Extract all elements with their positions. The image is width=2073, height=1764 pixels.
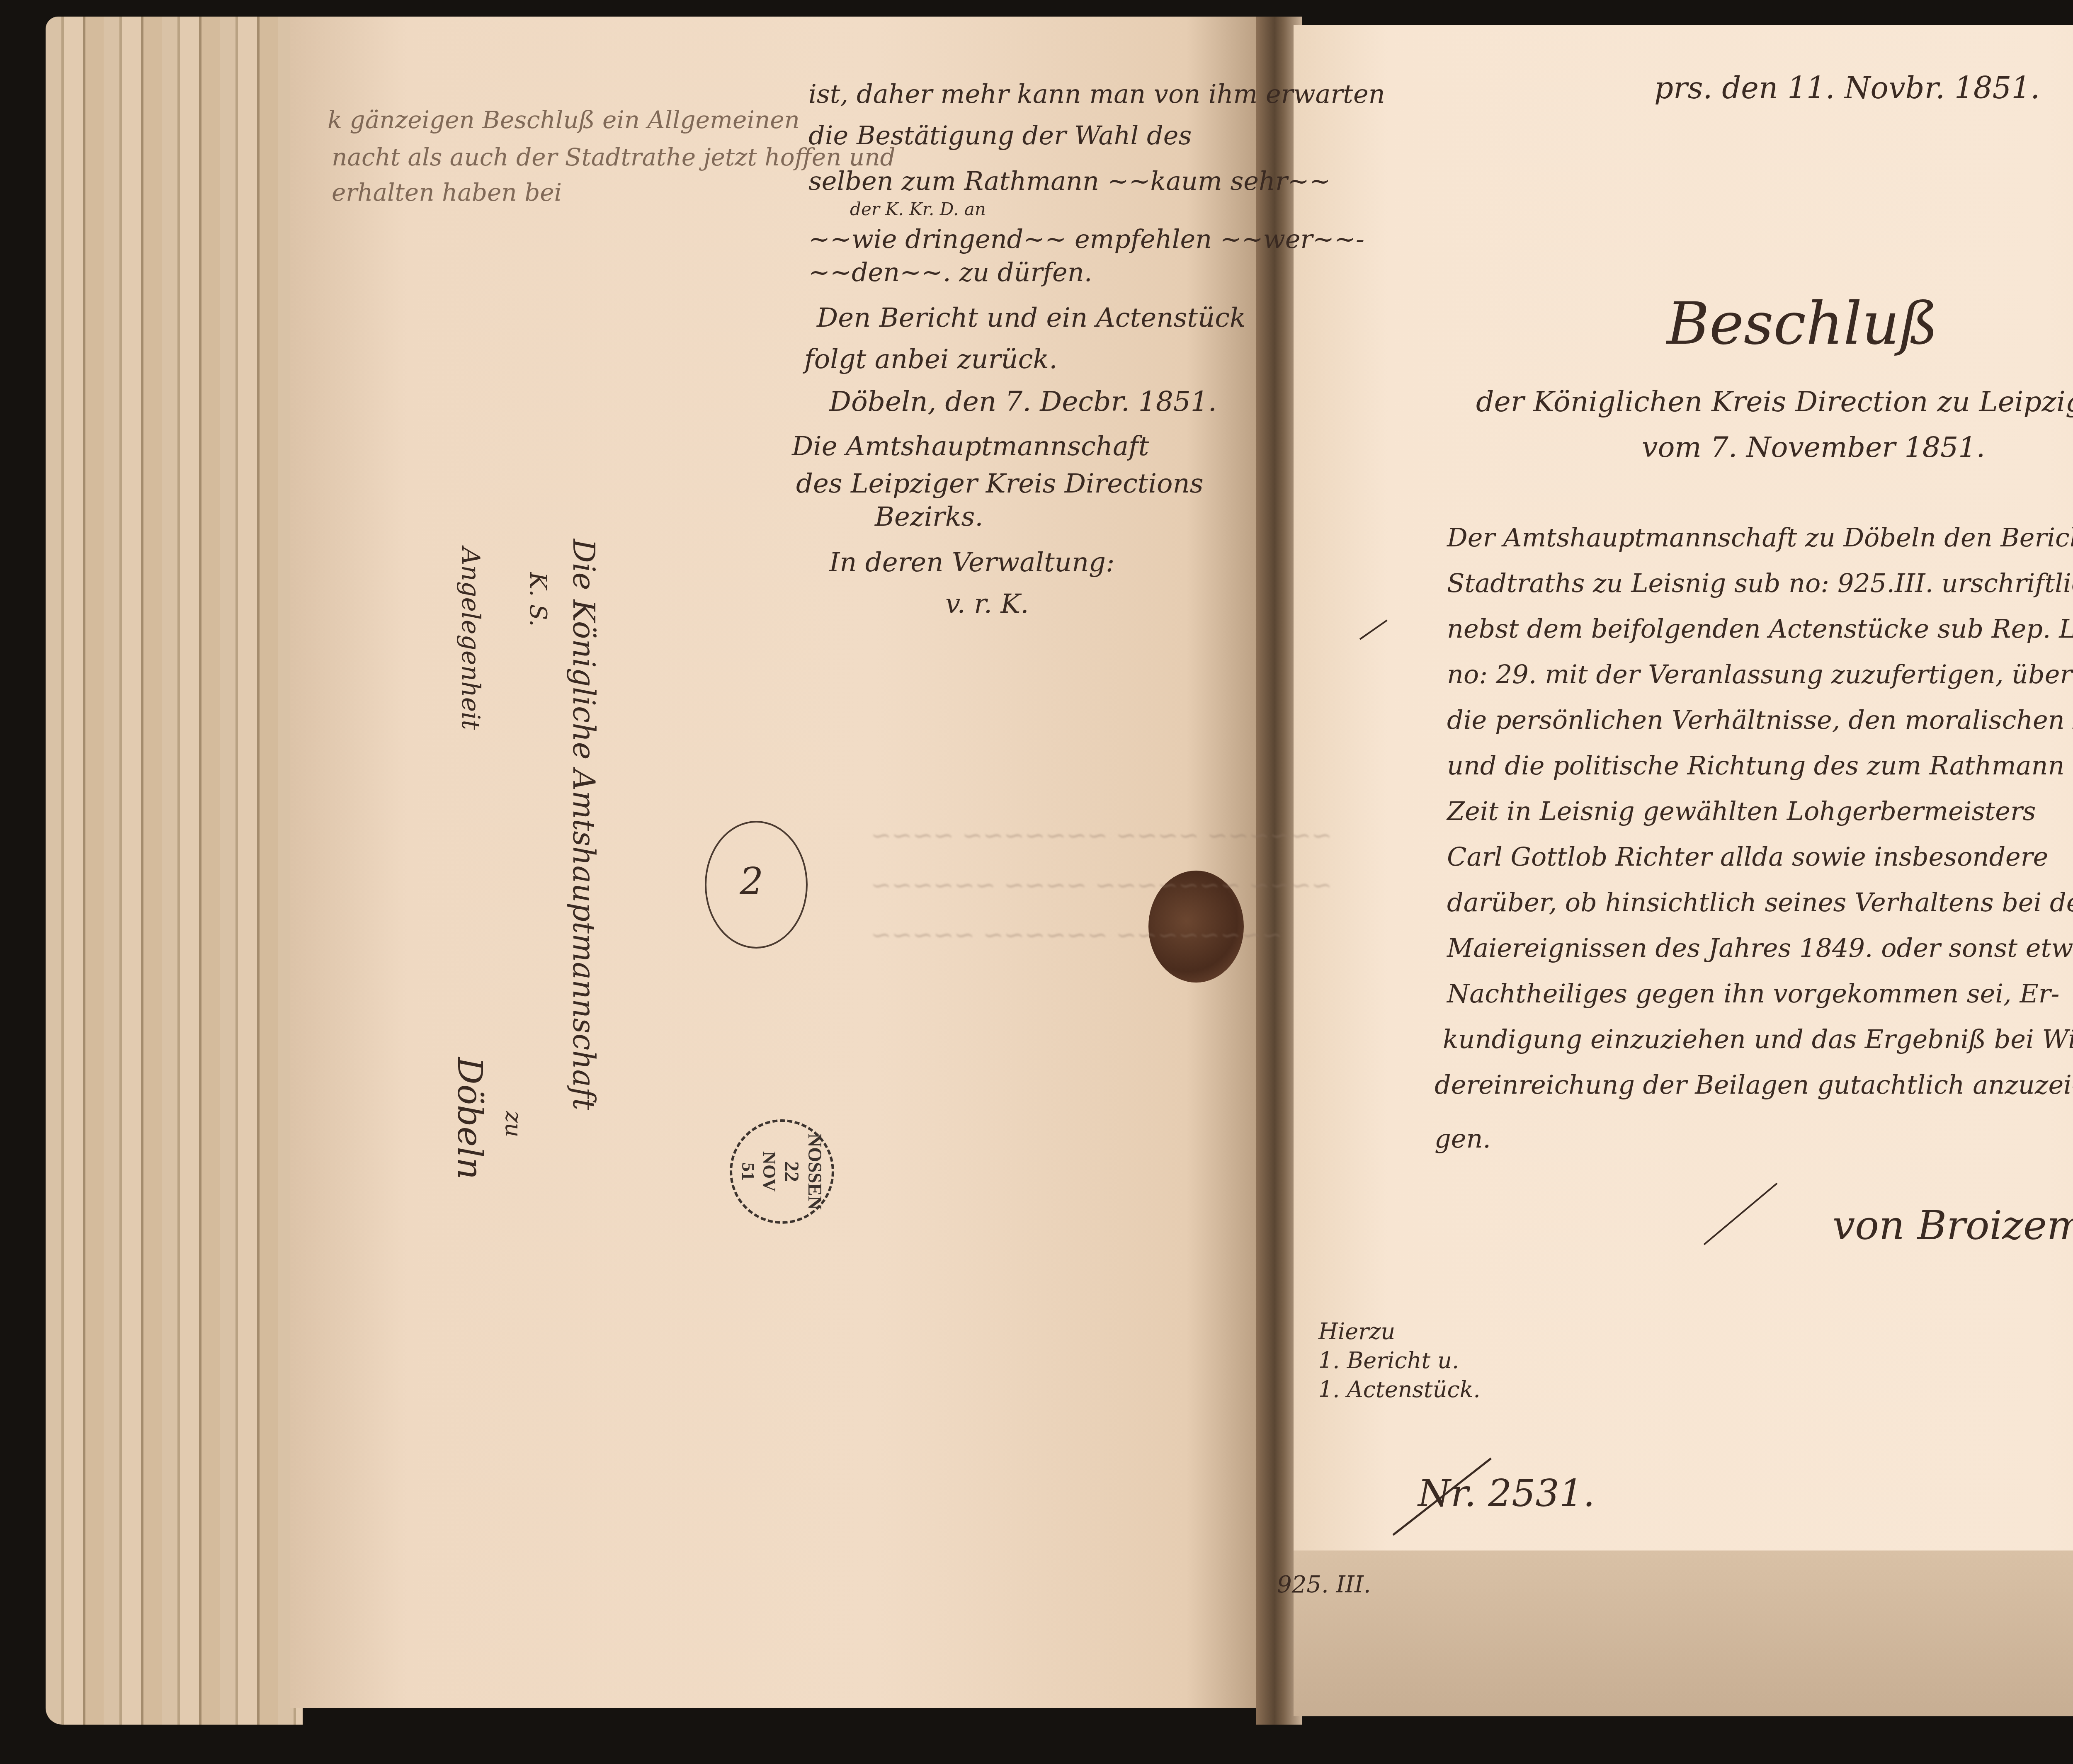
draft-line: ist, daher mehr kann man von ihm erwarte… <box>808 79 1385 109</box>
draft-line: die Bestätigung der Wahl des <box>808 120 1192 150</box>
address-prefix: K. S. <box>524 572 551 627</box>
draft-sender: In deren Verwaltung: <box>829 547 1115 578</box>
draft-signature: v. r. K. <box>945 589 1029 619</box>
margin-file-number: 925. III. <box>1277 1571 1371 1598</box>
right-page <box>1294 25 2073 1550</box>
draft-line: Den Bericht und ein Actenstück <box>817 303 1246 333</box>
body-line: und die politische Richtung des zum Rath… <box>1447 750 2073 781</box>
draft-sender: Die Amtshauptmannschaft <box>792 431 1149 462</box>
enclosure-line: 1. Bericht u. <box>1318 1347 1459 1373</box>
note-line: k gänzeigen Beschluß ein Allgemeinen <box>328 106 800 134</box>
postmark-month: NOV <box>759 1122 780 1221</box>
note-line: erhalten haben bei <box>332 178 562 206</box>
oval-mark-number: 2 <box>740 860 763 903</box>
body-line: Zeit in Leisnig gewählten Lohgerbermeist… <box>1447 796 2036 826</box>
right-underlying-sheet <box>1294 1550 2073 1716</box>
address-subject: Angelegenheit <box>456 547 485 730</box>
body-line: Der Amtshauptmannschaft zu Döbeln den Be… <box>1447 522 2073 553</box>
body-line: darüber, ob hinsichtlich seines Verhalte… <box>1447 887 2073 917</box>
enclosure-line: 1. Actenstück. <box>1318 1376 1481 1402</box>
enclosure-line: Hierzu <box>1318 1318 1395 1344</box>
body-line: kundigung einzuziehen und das Ergebniß b… <box>1443 1024 2073 1054</box>
postmark-year: 51 <box>738 1122 759 1221</box>
body-line: no: 29. mit der Veranlassung zuzufertige… <box>1447 659 2072 689</box>
draft-sender: Bezirks. <box>875 502 983 532</box>
oval-mark: 2 <box>705 821 808 949</box>
open-book: k gänzeigen Beschluß ein Allgemeinen nac… <box>0 0 2073 1764</box>
left-page-stack <box>46 17 303 1725</box>
postmark-day: 22 <box>780 1122 804 1221</box>
document-date: vom 7. November 1851. <box>1642 431 1985 464</box>
issuing-authority: der Königlichen Kreis Direction zu Leipz… <box>1476 386 2073 418</box>
draft-sender: des Leipziger Kreis Directions <box>796 468 1204 499</box>
draft-insertion: der K. Kr. D. an <box>850 199 986 219</box>
address-to: zu <box>500 1111 527 1137</box>
signature: von Broizem. <box>1833 1202 2073 1249</box>
reference-number: Nr. 2531. <box>1418 1472 1595 1515</box>
body-line: Maiereignissen des Jahres 1849. oder son… <box>1447 933 2073 963</box>
body-line: Nachtheiliges gegen ihn vorgekommen sei,… <box>1447 978 2059 1009</box>
postmark-town: NOSSEN <box>804 1122 826 1221</box>
presentation-date: prs. den 11. Novbr. 1851. <box>1654 70 2040 105</box>
draft-line: selben zum Rathmann ~~kaum sehr~~ <box>808 166 1331 196</box>
draft-line: ~~wie dringend~~ empfehlen ~~wer~~- <box>808 224 1364 254</box>
address-recipient: Die Königliche Amtshauptmannschaft <box>566 539 601 1110</box>
body-line: Carl Gottlob Richter allda sowie insbeso… <box>1447 842 2048 872</box>
bleed-through-text: ~~~~~~~~ ~~~~~~ ~~~~~ <box>871 920 1282 949</box>
address-place: Döbeln <box>450 1057 489 1179</box>
body-line: Stadtraths zu Leisnig sub no: 925.III. u… <box>1447 568 2073 598</box>
draft-line: folgt anbei zurück. <box>804 344 1057 375</box>
body-line: nebst dem beifolgenden Actenstücke sub R… <box>1447 614 2073 644</box>
body-line: dereinreichung der Beilagen gutachtlich … <box>1435 1070 2073 1100</box>
bleed-through-text: ~~~~~~ ~~~~ ~~~~~~~ ~~~~ <box>871 821 1332 850</box>
draft-date: Döbeln, den 7. Decbr. 1851. <box>829 386 1217 417</box>
draft-line: ~~den~~. zu dürfen. <box>808 257 1092 287</box>
bleed-through-text: ~~~~ ~~~~~~~ ~~~~ ~~~~~~ <box>871 871 1332 900</box>
body-line: gen. <box>1435 1123 1491 1154</box>
body-line: die persönlichen Verhältnisse, den moral… <box>1447 705 2073 735</box>
document-title: Beschluß <box>1667 290 1938 358</box>
postmark-stamp: NOSSEN 22 NOV 51 <box>730 1119 834 1224</box>
